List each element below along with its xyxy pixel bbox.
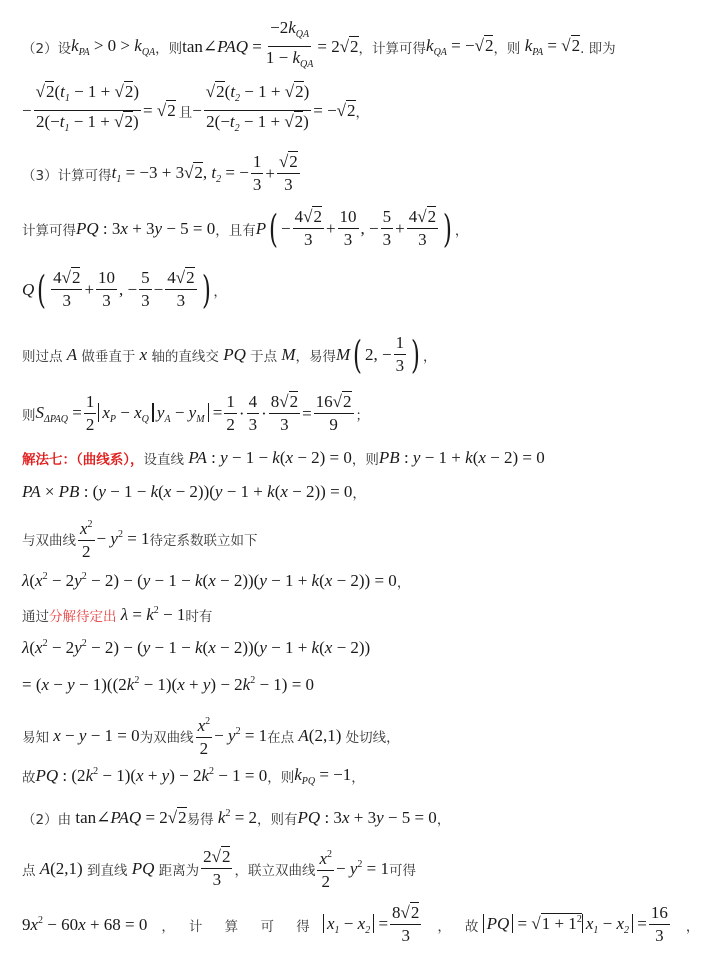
text: 轴的直线交 xyxy=(151,345,219,365)
method7-label: 解法七：（曲线系）， xyxy=(22,448,144,468)
text: 于点 xyxy=(250,345,277,365)
text: 可得 xyxy=(389,859,416,879)
line-lambda-value: 通过 分解待定出 λ = k2 − 1 时有 xyxy=(22,605,212,625)
highlight-text: 分解待定出 xyxy=(49,605,117,625)
text: ， xyxy=(213,280,227,300)
line-distance: 点 A(2,1) 到直线 PQ 距离为 2√23 ，联立双曲线 x22 − y2… xyxy=(22,845,416,892)
text: 做垂直于 xyxy=(81,345,135,365)
text: 待定系数联立如下 xyxy=(150,529,258,549)
line-Q-point: Q( 4√23+ 103, − 53− 4√23 )， xyxy=(22,268,227,311)
text: ，联立双曲线 xyxy=(234,859,315,879)
text: 易知 xyxy=(22,726,49,746)
text: 故 xyxy=(22,766,36,786)
text: 计算可得 xyxy=(22,219,76,239)
text: ， xyxy=(437,915,451,935)
text: 为双曲线 xyxy=(140,726,194,746)
text: ， xyxy=(455,219,469,239)
text: ； xyxy=(356,404,370,424)
label-part2: （2）由 xyxy=(22,808,71,828)
fraction: −2kQA1 − kQA xyxy=(264,18,315,75)
line-PQ-slope: 故 PQ : (2k2 − 1)(x + y) − 2k2 − 1 = 0 ，则… xyxy=(22,765,365,787)
text: ， xyxy=(686,915,700,935)
text: 计 算 可 得 xyxy=(189,915,319,935)
text: ， xyxy=(397,571,411,591)
line-part3-t-values: （3）计算可得 t1 = −3 + 3√2, t2 = − 13 + √23 xyxy=(22,152,302,195)
label-part2: （2）设 xyxy=(22,37,71,57)
line-PQ-and-P: 计算可得 PQ : 3x + 3y − 5 = 0 ，且有 P( −4√23+ … xyxy=(22,207,468,250)
text: 易得 xyxy=(187,808,214,828)
text: ，则 xyxy=(267,766,294,786)
text: ， xyxy=(437,808,451,828)
text: ，易得 xyxy=(296,345,337,365)
line-method7-heading: 解法七：（曲线系）， 设直线 PA : y − 1 − k(x − 2) = 0… xyxy=(22,448,545,468)
line-hyperbola-combine: 与双曲线 x22 − y2 = 1 待定系数联立如下 xyxy=(22,515,258,562)
text: ， xyxy=(351,766,365,786)
line-tangent: 易知 x − y − 1 = 0 为双曲线 x22 − y2 = 1 在点 A(… xyxy=(22,712,400,759)
text: 在点 xyxy=(267,726,294,746)
line-lambda-system: λ(x2 − 2y2 − 2) − (y − 1 − k(x − 2))(y −… xyxy=(22,571,410,591)
text: 则过点 xyxy=(22,345,63,365)
text: 则 xyxy=(22,404,36,424)
text: ， xyxy=(356,101,370,121)
text: ，且有 xyxy=(215,219,256,239)
line-part2-tan: （2）设 kPA > 0 > kQA ，则 tan∠PAQ = −2kQA1 −… xyxy=(22,18,616,75)
text: . 即为 xyxy=(580,37,616,57)
line-area-result: 则 SΔPAQ = 12 xP − xQyA − yM = 12· 43· 8√… xyxy=(22,392,369,435)
text: 处切线， xyxy=(346,726,400,746)
line-chord-length: 9x2 − 60x + 68 = 0 ， 计 算 可 得 x1 − x2 = 8… xyxy=(22,903,706,946)
text: 点 xyxy=(22,859,36,879)
line-factorized: = (x − y − 1)((2k2 − 1)(x + y) − 2k2 − 1… xyxy=(22,675,314,695)
text: ，则有 xyxy=(257,808,298,828)
text: ， xyxy=(161,915,175,935)
text: 通过 xyxy=(22,605,49,625)
label-part3: （3）计算可得 xyxy=(22,164,112,184)
line-lambda-expression: λ(x2 − 2y2 − 2) − (y − 1 − k(x − 2))(y −… xyxy=(22,638,370,658)
text: 故 xyxy=(465,915,479,935)
text: 且 xyxy=(179,101,193,121)
text: 与双曲线 xyxy=(22,529,76,549)
text: ，则 xyxy=(352,448,379,468)
line-PAxPB: PA × PB : (y − 1 − k(x − 2))(y − 1 + k(x… xyxy=(22,482,366,502)
text: 距离为 xyxy=(159,859,200,879)
text: 时有 xyxy=(185,605,212,625)
line-M-point: 则过点 A 做垂直于 x 轴的直线交 PQ 于点 M ，易得 M(2, − 13… xyxy=(22,333,436,376)
text: ，计算可得 xyxy=(359,37,427,57)
text: 设直线 xyxy=(144,448,185,468)
line-part2-k-squared: （2）由 tan∠PAQ = 2√2 易得 k2 = 2 ，则有 PQ : 3x… xyxy=(22,808,450,828)
text: ，则 xyxy=(493,37,520,57)
text: ， xyxy=(352,482,366,502)
text: ，则 xyxy=(155,37,182,57)
text: 到直线 xyxy=(87,859,128,879)
line-t-equations: − √2(t1 − 1 + √2)2(−t1 − 1 + √2) = √2 且 … xyxy=(22,82,369,139)
text: ， xyxy=(423,345,437,365)
